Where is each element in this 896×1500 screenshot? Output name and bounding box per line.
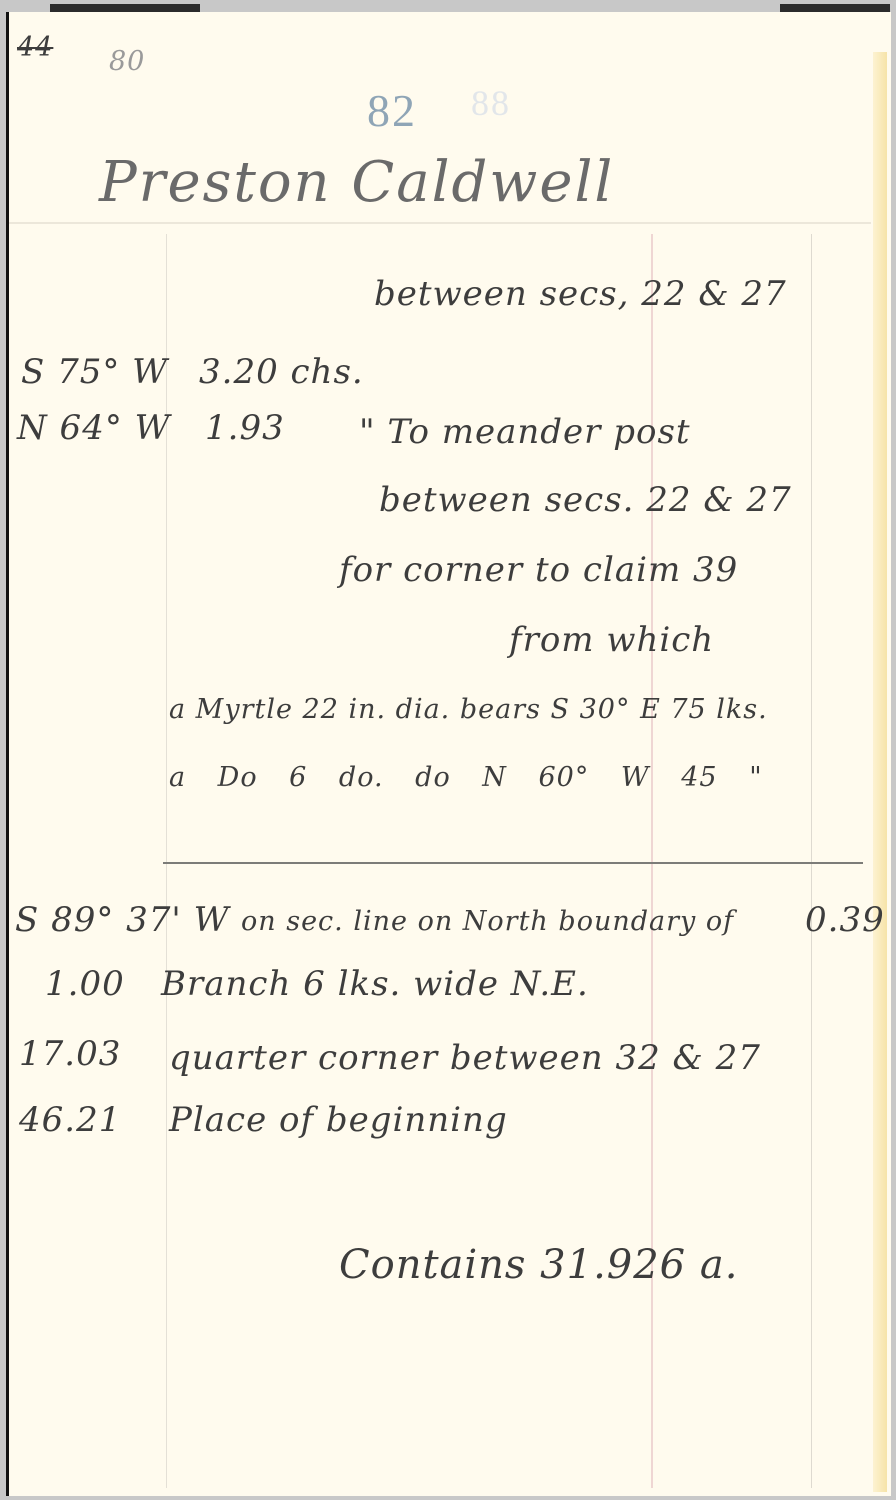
entry-text: " To meander post: [359, 412, 691, 452]
row-distance: 46.21: [19, 1100, 121, 1140]
bearing-tree-2: a Do 6 do. do N 60° W 45 ": [169, 762, 763, 793]
page-stamp: 82: [367, 84, 417, 137]
ledger-page: 44 80 82 88 Preston Caldwell between sec…: [6, 12, 891, 1496]
entry-distance: 1.93: [205, 408, 285, 448]
page-stamp-ghost: 88: [471, 82, 511, 124]
section-divider: [163, 862, 863, 864]
row-text: Place of beginning: [169, 1100, 508, 1140]
course-bearing: S 89° 37' W: [15, 900, 230, 940]
course-trailing-value: 0.39: [805, 900, 885, 940]
struck-page-number: 44: [17, 32, 53, 63]
entry-text: between secs. 22 & 27: [379, 480, 792, 520]
entry-bearing: N 64° W: [17, 408, 171, 448]
acreage-total: Contains 31.926 a.: [339, 1242, 738, 1288]
claimant-name-title: Preston Caldwell: [99, 150, 614, 215]
row-text: Branch 6 lks. wide N.E.: [161, 964, 589, 1004]
document-viewer-frame: 44 80 82 88 Preston Caldwell between sec…: [0, 0, 896, 1500]
scan-border-top-right: [780, 4, 890, 12]
row-distance: 17.03: [19, 1034, 121, 1074]
header-rule: [9, 222, 871, 224]
entry-text: between secs, 22 & 27: [374, 274, 787, 314]
bearing-tree-1: a Myrtle 22 in. dia. bears S 30° E 75 lk…: [169, 694, 768, 725]
scan-border-top-left: [50, 4, 200, 12]
entry-distance: 3.20 chs.: [199, 352, 364, 392]
page-edge: [873, 52, 887, 1492]
pencil-page-number: 80: [109, 46, 145, 77]
row-distance: 1.00: [45, 964, 125, 1004]
row-text: quarter corner between 32 & 27: [169, 1038, 761, 1078]
margin-rule-right: [811, 234, 812, 1488]
entry-text: for corner to claim 39: [339, 550, 738, 590]
entry-bearing: S 75° W: [21, 352, 168, 392]
course-text: on sec. line on North boundary of: [241, 906, 734, 937]
entry-text: from which: [509, 620, 714, 660]
